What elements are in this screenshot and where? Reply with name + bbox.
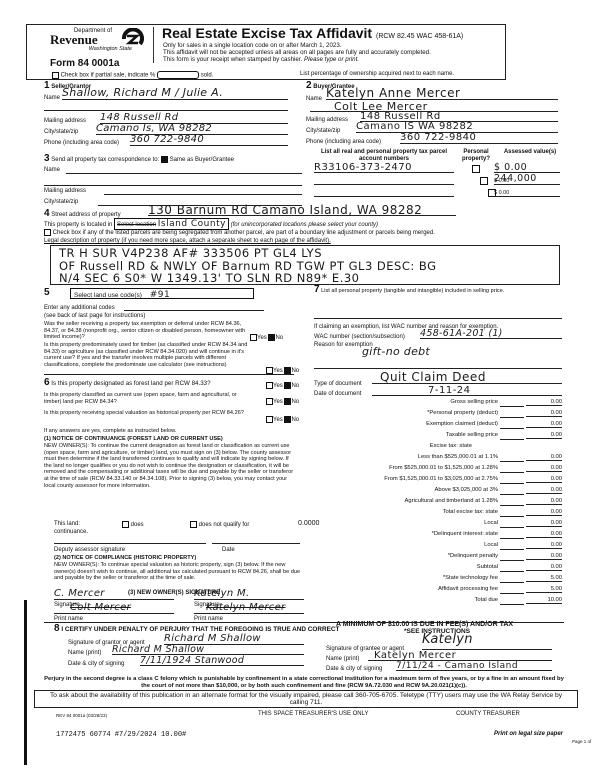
correspondence-name-label: Name [44,167,60,173]
tax-calculation: Gross selling price0.00*Personal propert… [262,399,562,599]
tax-row-label: Subtotal [477,564,498,570]
leader-line [500,421,524,429]
tax-row-value[interactable]: 0.00 [526,564,562,571]
owner1-print-field[interactable]: Colt Mercer [54,602,174,614]
doc-type-label: Type of document [314,381,362,387]
buyer-city-label: City/state/zip [306,128,340,134]
county-select-value: Island County [158,219,226,229]
timber-yes-checkbox[interactable] [266,367,273,374]
correspondence-city-label: City/state/zip [44,199,78,205]
grantor-name-field[interactable]: Richard M Shallow [112,644,304,655]
tax-row: Total due10.00 [262,597,562,606]
does-not-option: does not qualify for [190,521,249,528]
leader-line [500,542,524,550]
no-label: No [291,417,299,423]
tax-row-label: *Delinquent penalty [448,553,498,559]
exemption-no-checkbox[interactable] [268,334,275,341]
assessed-value-field[interactable]: $ 0.00 [494,186,560,197]
this-land-label: This land: [54,521,80,527]
parcel-number-field[interactable] [314,186,454,197]
partial-sale-checkbox[interactable] [52,72,59,79]
certify-statement: I CERTIFY UNDER PENALTY OF PERJURY THAT … [61,626,339,633]
tax-row-value[interactable]: 0.00 [526,553,562,560]
leader-line [500,399,524,407]
legal-line: TR H SUR V4P238 AF# 333506 PT GL4 LYS [59,247,551,260]
wac-number-field[interactable]: 458-61A-201 (1) [420,328,562,339]
no-label: No [291,383,299,389]
no-label: No [275,335,283,341]
parcel-number-field[interactable] [314,174,454,185]
tax-row: From $525,000.01 to $1,525,000 at 1.28%0… [262,465,562,474]
current-use-yes-checkbox[interactable] [266,398,273,405]
personal-property-checkbox[interactable] [472,165,480,173]
does-not-label: does not qualify for [199,522,250,528]
partial-sale: Check box if partial sale, indicate % so… [52,71,213,79]
reason-line[interactable] [314,368,562,369]
leader-line [500,586,524,594]
tax-row: Local0.00 [262,542,562,551]
leader-line [500,410,524,418]
land-use-label: Select land use code(s) [74,292,142,299]
correspondence-mailing-field[interactable] [104,187,302,195]
section-number: 7 [314,284,320,295]
buyer-phone-label: Phone (including area code) [306,139,381,145]
scan-edge [24,600,27,765]
leader-line [500,465,524,473]
tax-row-value[interactable]: 0.00 [526,542,562,549]
land-use-select[interactable]: Select land use code(s) #91 [70,288,254,299]
correspondence-name-field[interactable] [66,166,302,174]
title-ref: (RCW 82.45 WAC 458-61A) [376,33,463,40]
tax-row-label: Total due [474,597,498,603]
deputy-signature-field[interactable] [54,543,206,544]
tax-row-value[interactable]: 0.00 [526,520,562,527]
historical-question: Is this property receiving special valua… [44,410,254,417]
timber-no-checkbox[interactable] [284,367,291,374]
tax-row-label: Exemption claimed (deduct) [426,421,498,427]
tax-row-value[interactable]: 0.00 [526,432,562,439]
tax-row-value[interactable]: 0.00 [526,476,562,483]
seller-mailing-label: Mailing address [44,118,86,124]
local-rate: 0.0000 [298,520,319,527]
page-number: Page 1 of [572,739,591,744]
tax-row-label: From $525,000.01 to $1,525,000 at 1.28% [389,465,498,471]
tax-row-value[interactable]: 0.00 [526,454,562,461]
legal-label: Legal description of property (if you ne… [44,238,331,244]
legal-description-field[interactable]: TR H SUR V4P238 AF# 333506 PT GL4 LYS OF… [50,245,560,285]
segregated-row: Check box if any of the listed parcels a… [44,229,435,236]
tax-row: Total excise tax: state0.00 [262,509,562,518]
additional-codes-note: (see back of last page for instructions) [44,313,145,319]
wac-label: WAC number (section/subsection) [314,334,405,340]
tax-row-value[interactable]: 5.00 [526,575,562,582]
seller-phone-label: Phone (including area code) [44,140,119,146]
tax-row-value[interactable]: 0.00 [526,465,562,472]
tax-row-value[interactable]: 0.00 [526,531,562,538]
segregated-label: Check box if any of the listed parcels a… [53,230,435,236]
additional-codes-field[interactable] [124,303,264,311]
tax-row-value[interactable]: 0.00 [526,399,562,406]
parcel-table: R33106-373-2470$ 0.00 244,000$ 0.00$ 0.0… [0,0,600,8]
personal-header: Personal property? [456,149,496,163]
tax-row: *State technology fee5.00 [262,575,562,584]
owner2-signature-field[interactable]: Katelyn M. [194,588,304,600]
correspondence-title: 3 Send all property tax correspondence t… [44,153,234,164]
tax-row: *Delinquent penalty0.00 [262,553,562,562]
located-label: This property is located in [44,222,112,228]
yes-label: Yes [273,417,283,423]
current-use-no-checkbox[interactable] [284,398,291,405]
compliance-title: (2) NOTICE OF COMPLIANCE (HISTORIC PROPE… [54,555,196,562]
parcel-number-field[interactable]: R33106-373-2470 [314,162,454,173]
compliance-body: NEW OWNER(S): To continue special valuat… [54,562,302,582]
grantee-date-label: Date & city of signing [326,666,382,672]
grantee-signature-field[interactable]: Katelyn [422,632,552,650]
yes-label: Yes [273,383,283,389]
tax-row: Exemption claimed (deduct)0.00 [262,421,562,430]
doc-date-label: Date of document [314,391,361,397]
leader-line [500,509,524,517]
revision-code: REV 84 0001a (03/28/23) [56,713,107,718]
leader-line [500,432,524,440]
buyer-phone-field[interactable]: 360 722-9840 [400,132,558,144]
notice-3b: Please type or print. [304,56,359,63]
legal-line: N/4 SEC 6 S0* W 1349.13' TO SLN RD N89* … [59,272,551,285]
divider [44,374,294,375]
yes-label: Yes [273,399,283,405]
exemption-question: Was the seller receiving a property tax … [44,321,254,341]
section-number: 8 [54,623,60,634]
leader-line [500,597,524,605]
tax-row-label: Agricultural and timberland at 1.28% [405,498,498,504]
segregated-checkbox[interactable] [44,229,51,236]
tax-row-value[interactable]: 0.00 [526,421,562,428]
parcel-header: List all real and personal property tax … [314,149,454,163]
tax-row: *Delinquent interest: state0.00 [262,531,562,540]
partial-sale-label: Check box if partial sale, indicate % [61,73,156,79]
notice-3: This form is your receipt when stamped b… [163,56,304,63]
personal-property-checkbox[interactable] [480,177,488,185]
does-label: does [131,522,144,528]
does-option: does [122,521,144,528]
partial-sale-percent-input[interactable] [157,71,199,79]
tax-row: Excise tax: state [262,443,562,452]
forest-question: Is this property designated as forest la… [51,380,210,387]
tax-row: Subtotal0.00 [262,564,562,573]
tax-row-value[interactable]: 10.00 [526,597,562,604]
tax-row: Less than $525,000.01 at 1.1%0.00 [262,454,562,463]
assessed-header: Assessed value(s) [500,149,560,156]
seller-name-field[interactable]: Shallow, Richard M / Julie A. [62,86,288,100]
tax-row-value[interactable]: 5.00 [526,586,562,593]
tax-row: Agricultural and timberland at 1.28%0.00 [262,498,562,507]
yes-label: Yes [257,335,267,341]
correspondence-mailing-label: Mailing address [44,188,86,194]
grantor-date-field[interactable]: 7/11/1924 Stanwood [140,655,304,666]
leader-line [500,487,524,495]
tax-row-label: Total excise tax: state [443,509,498,515]
owner2-print-field[interactable]: Katelyn Mercer [194,602,304,614]
tax-row: *Personal property (deduct)0.00 [262,410,562,419]
tax-row-label: Taxable selling price [446,432,498,438]
section-number: 6 [44,377,50,388]
seller-city-label: City/state/zip [44,129,78,135]
does-not-qualify-checkbox[interactable] [190,521,197,528]
no-label: No [291,399,299,405]
personal-property-label-wrap: 7 List all personal property (tangible a… [314,287,562,295]
tax-row-label: Excise tax: state [430,443,472,449]
historical-no-checkbox[interactable] [284,416,291,423]
tax-row-label: Gross selling price [450,399,498,405]
current-use-question: Is this property classified as current u… [44,392,254,405]
grantee-name-field[interactable]: Katelyn Mercer [368,650,552,661]
forest-no-checkbox[interactable] [284,382,291,389]
leader-line [500,553,524,561]
deputy-signature-label: Deputy assessor signature [54,547,125,553]
exemption-yes-checkbox[interactable] [250,334,257,341]
leader-line [500,564,524,572]
historical-yes-no: Yes No [266,416,299,423]
correspondence-name-line2[interactable] [44,178,302,186]
forest-q1-wrap: 6 Is this property designated as forest … [44,380,266,388]
doc-date-field[interactable]: 7-11-24 [372,385,562,396]
seller-phone-field[interactable]: 360 722-9840 [130,134,288,146]
seller-name-line2[interactable] [44,110,288,111]
tax-row-label: *State technology fee [443,575,498,581]
header-divider [153,27,154,63]
county-treasurer-label: COUNTY TREASURER [456,711,520,717]
same-as-buyer-label: Same as Buyer/Grantee [170,157,234,163]
section-number: 2 [306,80,312,91]
leader-line [500,531,524,539]
grantee-date-field[interactable]: 7/11/24 - Camano Island [396,661,552,671]
owner1-signature-field[interactable]: C. Mercer [54,588,174,600]
deputy-date-label: Date [222,547,235,553]
leader-line [500,476,524,484]
timber-question: Is this property predominately used for … [44,342,260,368]
any-yes-note: If any answers are yes, complete as inst… [44,428,176,435]
land-use-code: #91 [150,290,171,300]
tax-row: Above $3,025,000 at 3%0.00 [262,487,562,496]
personal-property-field[interactable] [314,318,562,319]
notice-1: Only for sales in a single location code… [163,42,431,49]
current-use-yes-no: Yes No [266,398,299,405]
tax-row: Local0.00000.00 [262,520,562,529]
continuance-body: NEW OWNER(S): To continue the current de… [44,443,298,489]
doc-type-field[interactable]: Quit Claim Deed [372,370,562,384]
tax-row-label: Affidavit processing fee [438,586,498,592]
form-number: Form 84 0001a [50,58,120,69]
receipt-stamp: 1772475 60774 #7/29/2024 10.00# [56,731,186,739]
seller-name-label: Name [44,95,60,101]
tax-row-label: Above $3,025,000 at 3% [435,487,499,493]
leader-line [500,498,524,506]
does-qualify-checkbox[interactable] [122,521,129,528]
section-number: 5 [44,287,50,298]
assessed-value-field[interactable]: $ 0.00 [494,174,560,185]
dor-logo-icon [118,28,144,52]
tax-row-value[interactable]: 0.00 [526,487,562,494]
historical-yes-checkbox[interactable] [266,416,273,423]
tax-row-label: From $1,525,000.01 to $3,025,000 at 2.75… [384,476,498,482]
ownership-note: List percentage of ownership acquired ne… [300,71,454,77]
tax-row-value[interactable]: 0.00 [526,410,562,417]
forest-yes-no: Yes No [266,382,299,389]
tax-row-label: Local [484,520,498,526]
accessibility-notice: To ask about the availability of this pu… [34,690,578,708]
same-as-buyer-checkbox[interactable] [161,156,168,163]
additional-codes-label: Enter any additional codes [44,305,115,311]
section-number: 1 [44,80,50,91]
tax-row: Taxable selling price0.00 [262,432,562,441]
grantor-date-label: Date & city of signing [68,661,124,667]
print-note: Print on legal size paper [494,731,563,737]
continuance-title: (1) NOTICE OF CONTINUANCE (FOREST LAND O… [44,436,223,443]
correspondence-label: Send all property tax correspondence to: [51,157,159,163]
title-text: Real Estate Excise Tax Affidavit [162,25,372,41]
tax-row-label: Less than $525,000.01 at 1.1% [418,454,498,460]
reason-field[interactable]: gift-no debt [362,345,430,358]
leader-line [500,575,524,583]
tax-row: From $1,525,000.01 to $3,025,000 at 2.75… [262,476,562,485]
header-notices: Only for sales in a single location code… [163,42,431,63]
leader-line [500,520,524,528]
buyer-mailing-label: Mailing address [306,117,348,123]
leader-line [500,454,524,462]
property-street-field[interactable]: 130 Barnum Rd Camano Island, WA 98282 [148,203,456,216]
treasurer-use-label: THIS SPACE TREASURER'S USE ONLY [258,711,369,717]
notice-2: This affidavit will not be accepted unle… [163,49,431,56]
grantee-name-label: Name (print) [326,656,359,662]
section-number: 3 [44,153,50,164]
located-note: (for unincorporated locations please sel… [231,222,378,228]
perjury-notice: Perjury in the second degree is a class … [44,676,564,689]
exemption-yes-no: Yes No [250,334,283,341]
tax-row-label: *Personal property (deduct) [427,410,498,416]
grantor-name-label: Name (print) [68,650,101,656]
tax-row-label: *Delinquent interest: state [432,531,498,537]
deputy-date-field[interactable] [212,543,300,544]
personal-property-label: List all personal property (tangible and… [321,288,504,294]
buyer-name-field[interactable]: Katelyn Anne Mercer [326,86,558,100]
tax-row-label: Local [484,542,498,548]
tax-row: Gross selling price0.00 [262,399,562,408]
continuance-label: continuance. [54,529,88,535]
partial-sale-suffix: sold. [201,73,214,79]
county-select-placeholder: Select location [117,222,156,228]
tax-row: Affidavit processing fee5.00 [262,586,562,595]
tax-row-value[interactable]: 0.00 [526,498,562,505]
tax-row-value[interactable]: 0.00 [526,509,562,516]
forest-yes-checkbox[interactable] [266,382,273,389]
assessed-value-field[interactable]: $ 0.00 244,000 [494,162,560,173]
form-title: Real Estate Excise Tax Affidavit (RCW 82… [162,25,463,41]
